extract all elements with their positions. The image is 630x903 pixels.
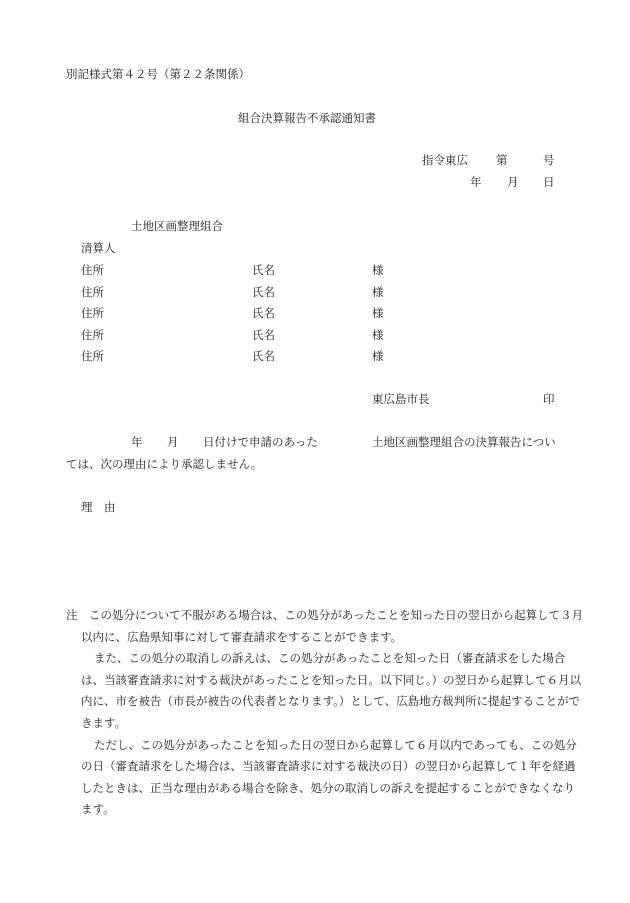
name-label: 氏名 — [252, 327, 275, 343]
month-label: 月 — [507, 174, 519, 190]
note-paragraph-1: 注 この処分について不服がある場合は、この処分があったことを知った日の翌日から起… — [66, 605, 586, 648]
address-label: 住所 — [81, 348, 104, 364]
address-label: 住所 — [81, 262, 104, 278]
application-month: 月 — [167, 434, 179, 450]
application-day-text: 日付けで申請のあった — [203, 434, 318, 450]
association-name: 土地区画整理組合 — [131, 218, 223, 234]
dai-label: 第 — [496, 152, 508, 168]
honorific: 様 — [372, 348, 384, 364]
sender-title: 東広島市長 — [372, 391, 430, 407]
note-paragraph-3: ただし、この処分があったことを知った日の翌日から起算して６月以内であっても、この… — [66, 735, 586, 821]
application-year: 年 — [131, 434, 143, 450]
liquidator-label: 清算人 — [81, 240, 116, 256]
name-label: 氏名 — [252, 348, 275, 364]
honorific: 様 — [372, 284, 384, 300]
honorific: 様 — [372, 262, 384, 278]
go-label: 号 — [543, 152, 555, 168]
honorific: 様 — [372, 305, 384, 321]
honorific: 様 — [372, 327, 384, 343]
name-label: 氏名 — [252, 284, 275, 300]
address-label: 住所 — [81, 305, 104, 321]
address-label: 住所 — [81, 284, 104, 300]
address-label: 住所 — [81, 327, 104, 343]
name-label: 氏名 — [252, 305, 275, 321]
name-label: 氏名 — [252, 262, 275, 278]
day-label: 日 — [543, 174, 555, 190]
form-number: 別記様式第４２号（第２２条関係） — [66, 66, 250, 82]
document-title: 組合決算報告不承認通知書 — [238, 110, 376, 126]
note-paragraph-2: また、この処分の取消しの訴えは、この処分があったことを知った日（審査請求をした場… — [66, 648, 586, 734]
reason-label: 理 由 — [81, 499, 116, 515]
seal-mark: 印 — [543, 391, 555, 407]
legal-note: 注 この処分について不服がある場合は、この処分があったことを知った日の翌日から起… — [66, 605, 586, 821]
issuer-prefix: 指令東広 — [422, 152, 468, 168]
year-label: 年 — [470, 174, 482, 190]
association-text: 土地区画整理組合の決算報告につい — [372, 434, 556, 450]
body-line-2: ては、次の理由により承認しません。 — [66, 456, 262, 472]
